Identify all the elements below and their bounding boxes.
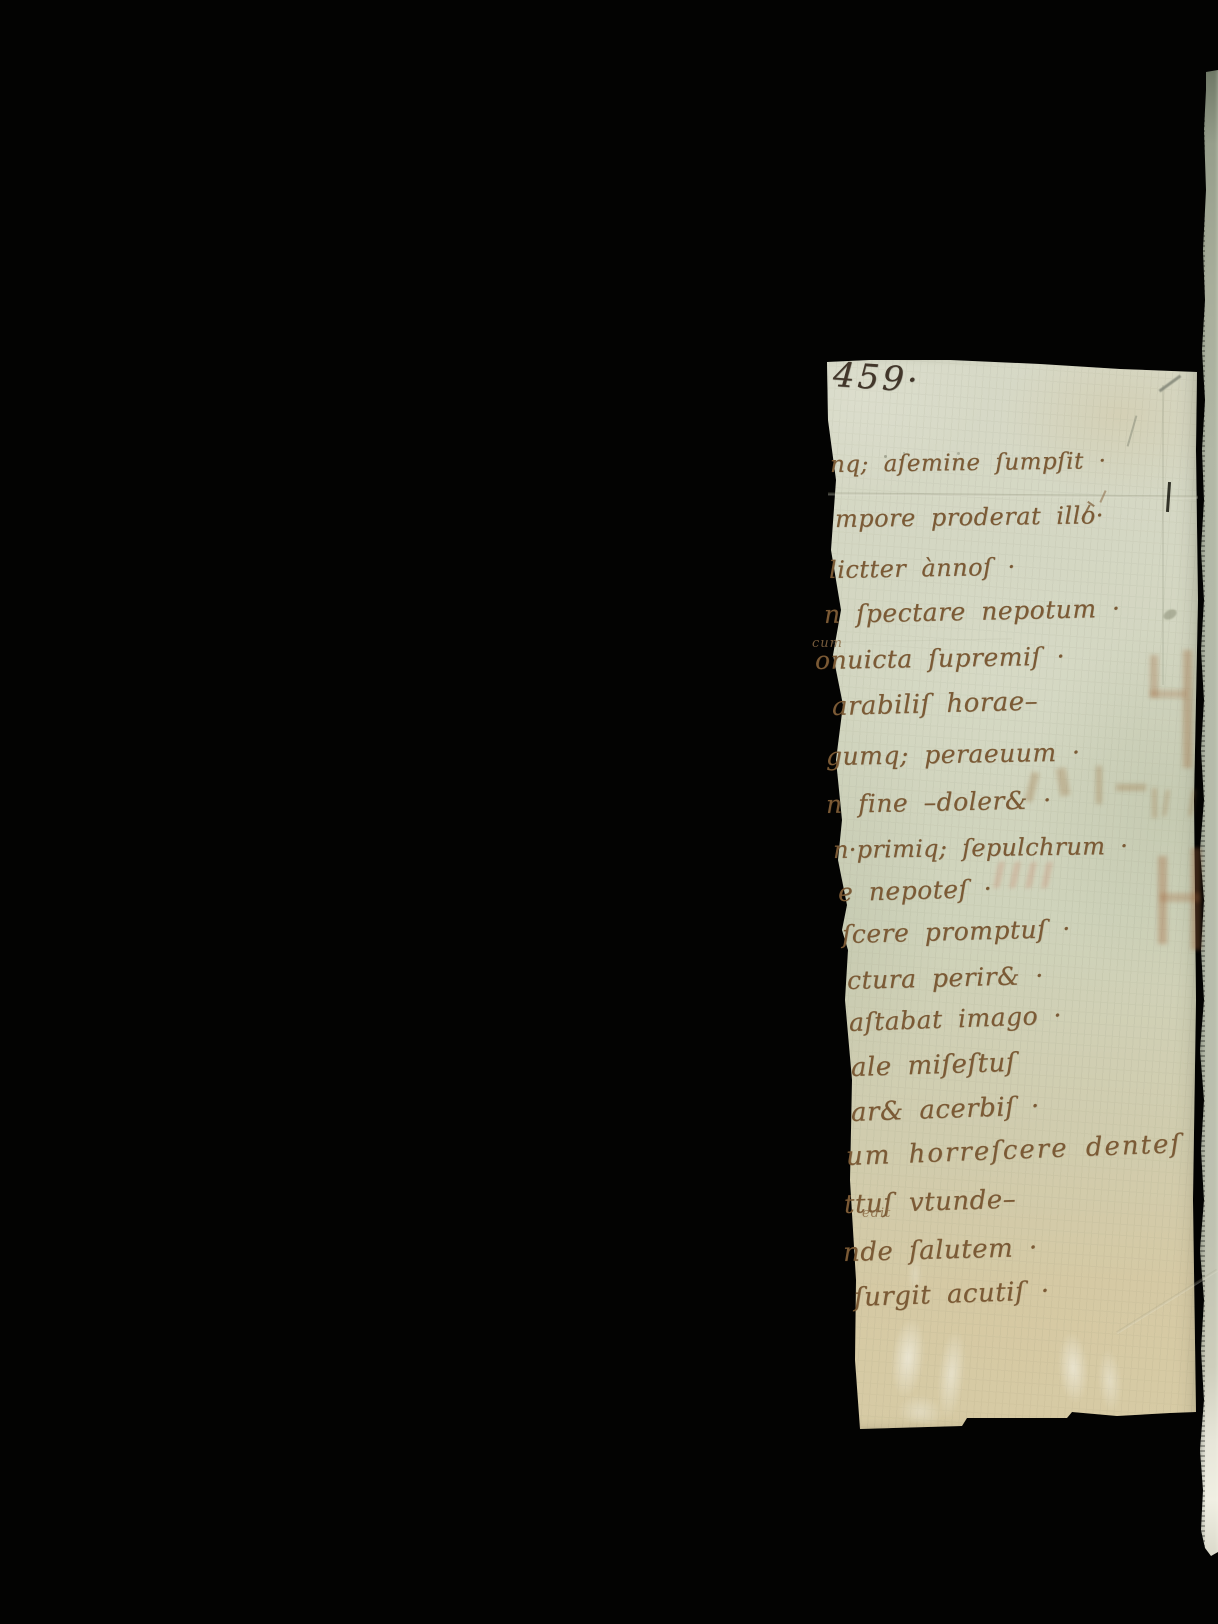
text-line: nde ſalutem ·	[843, 1233, 1038, 1268]
text-line: lictter ànnoſ ·	[829, 553, 1016, 584]
interlinear-gloss: cum	[812, 636, 843, 651]
photo-stage: 459· nq; aſemine ſumpſit · mpore prodera…	[0, 0, 1218, 1624]
text-line: gumq; peraeuum ·	[826, 738, 1081, 771]
interlinear-gloss: edit	[862, 1206, 891, 1221]
text-line: onuicta ſupremiſ ·	[815, 642, 1066, 675]
text-line: n fine –doler& ·	[826, 785, 1052, 819]
text-line: ſcere promptuſ ·	[842, 914, 1071, 949]
text-line: nq; aſemine ſumpſit ·	[830, 448, 1107, 478]
text-line: n ſpectare nepotum ·	[824, 594, 1121, 629]
text-line: ale miſeſtuſ	[851, 1048, 1017, 1083]
text-line: arabiliſ horae–	[832, 687, 1039, 722]
text-line: e nepoteſ ·	[838, 874, 993, 907]
text-line: ctura perir& ·	[847, 961, 1044, 995]
adjacent-page-edge	[1196, 70, 1218, 1560]
folio-number: 459·	[832, 355, 922, 401]
text-line: n·primiq; ſepulchrum ·	[833, 832, 1129, 864]
text-line: mpore proderat illo·	[835, 501, 1104, 533]
